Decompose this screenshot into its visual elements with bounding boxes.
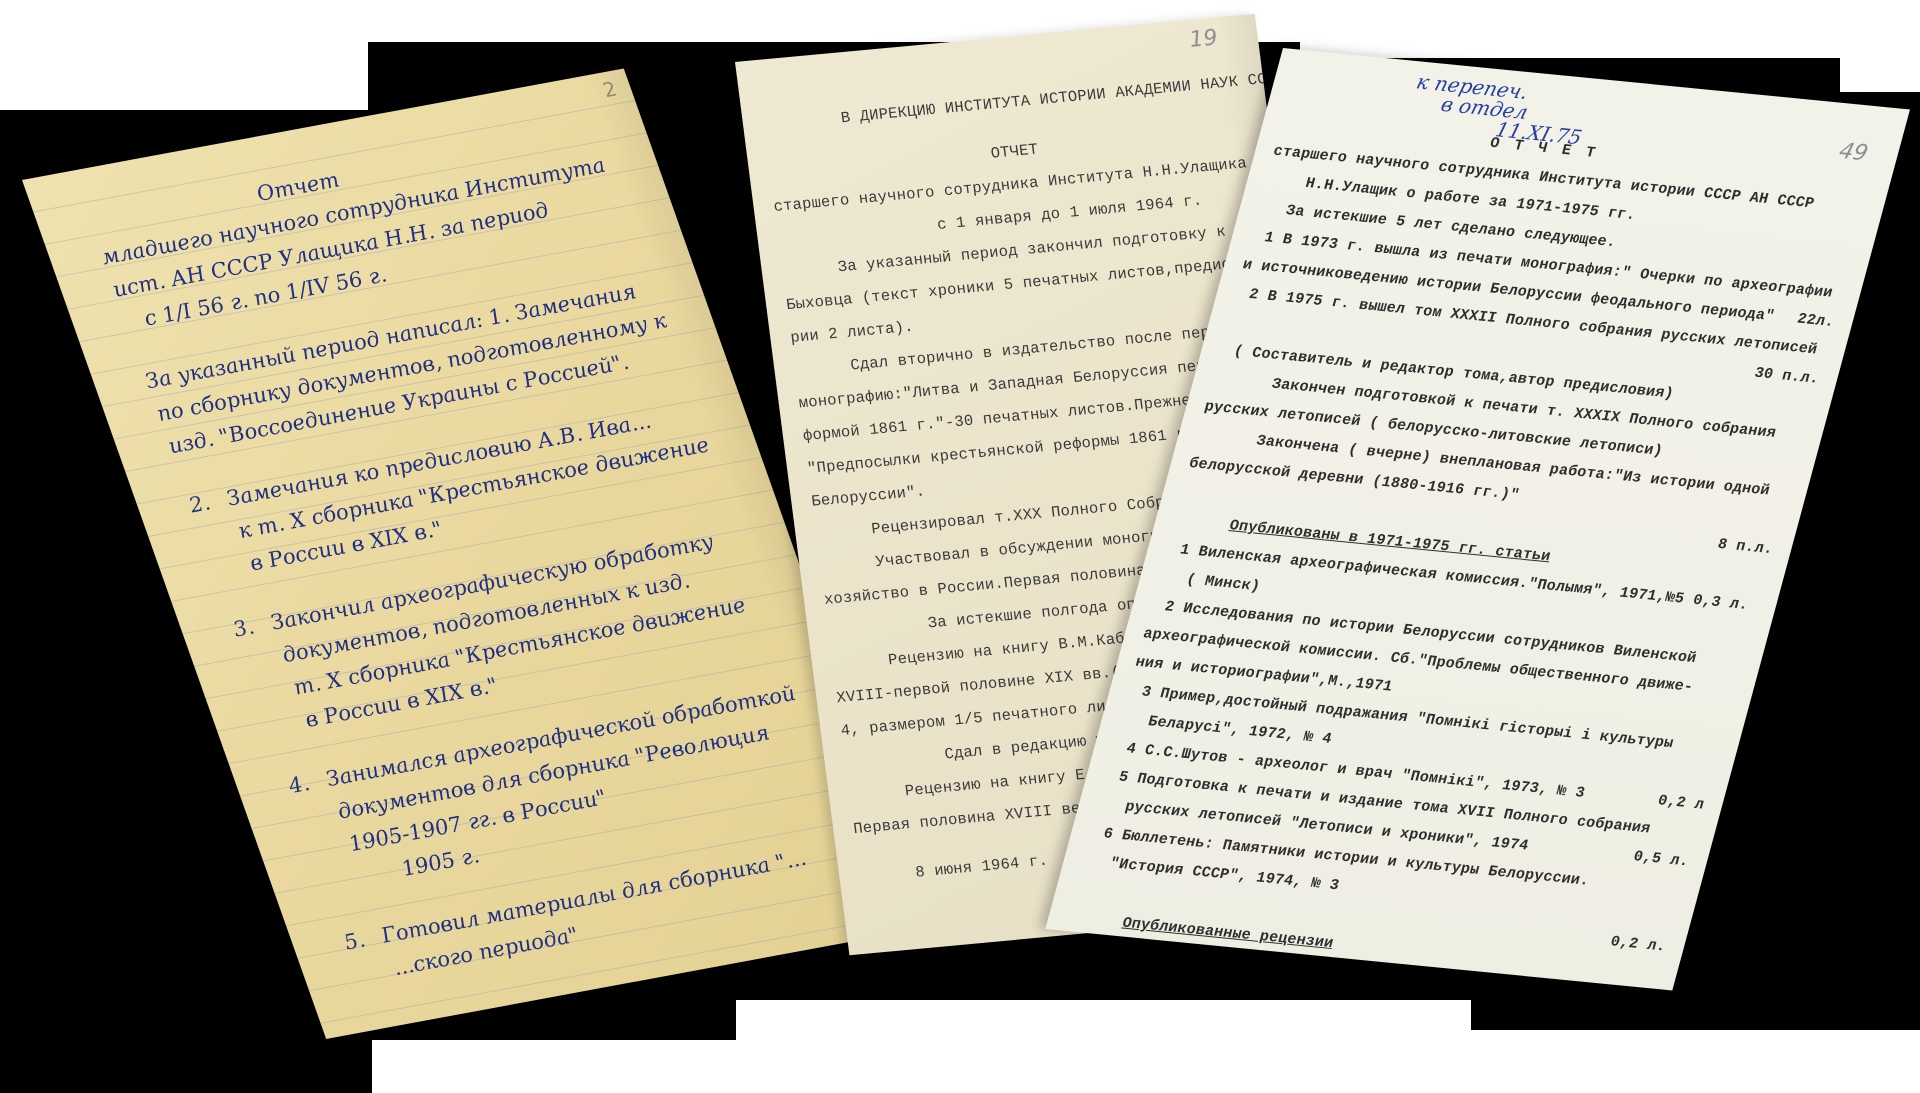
page-number: 19 (1188, 25, 1219, 52)
canvas-right-white (1864, 0, 1920, 92)
canvas-bottom-white-2 (736, 1000, 1471, 1040)
backdrop-bottom-left (92, 1040, 372, 1093)
date: 8 июня 1964 г. (914, 852, 1049, 882)
page-number: 49 (1836, 139, 1870, 166)
canvas-bottom-right-white (1471, 1030, 1920, 1093)
